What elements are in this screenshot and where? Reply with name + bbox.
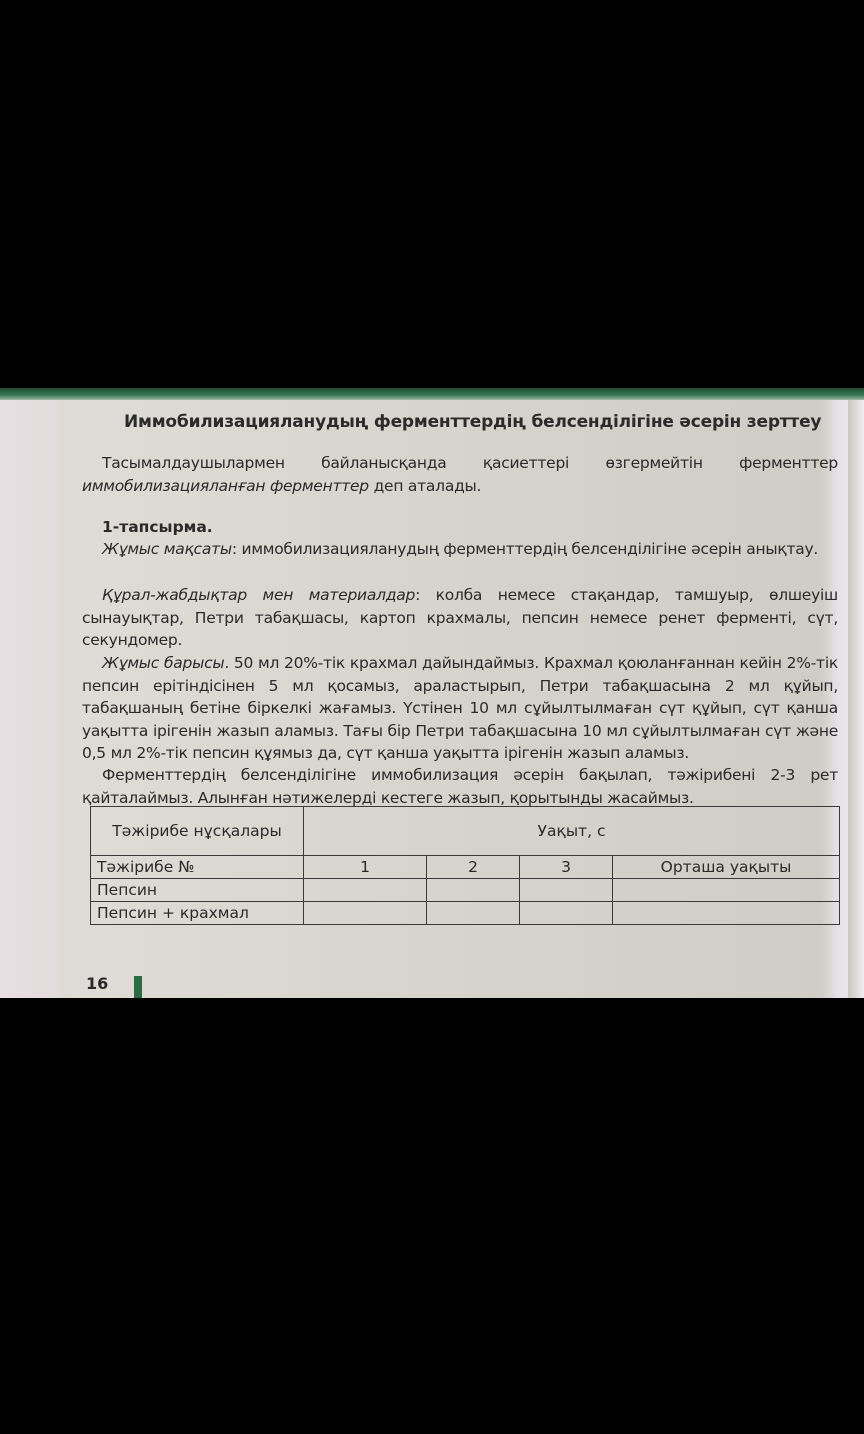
- cell: [520, 879, 613, 902]
- col-3: 3: [520, 856, 613, 879]
- intro-text: Тасымалдаушылармен байланысқанда қасиетт…: [102, 454, 838, 472]
- cell: [304, 879, 427, 902]
- book-page-photo: Иммобилизацияланудың ферменттердің белсе…: [0, 388, 864, 998]
- col-1: 1: [304, 856, 427, 879]
- cell: [427, 902, 520, 925]
- table-row: Пепсин: [91, 879, 840, 902]
- cell: [613, 902, 840, 925]
- row-number-label: Тәжірибе №: [91, 856, 304, 879]
- intro-text-end: деп аталады.: [369, 477, 481, 495]
- conclusion-paragraph: Ферменттердің белсенділігіне иммобилизац…: [82, 764, 838, 809]
- header-time: Уақыт, с: [304, 807, 840, 856]
- procedure-paragraph: Жұмыс барысы. 50 мл 20%-тік крахмал дайы…: [82, 652, 838, 765]
- procedure-label: Жұмыс барысы: [102, 654, 224, 672]
- cell: [613, 879, 840, 902]
- page-edge: [848, 400, 864, 998]
- table-row: Пепсин + крахмал: [91, 902, 840, 925]
- section-title: Иммобилизацияланудың ферменттердің белсе…: [124, 412, 821, 432]
- cell: [427, 879, 520, 902]
- col-average: Орташа уақыты: [613, 856, 840, 879]
- col-2: 2: [427, 856, 520, 879]
- equipment-label: Құрал-жабдықтар мен материалдар: [102, 586, 415, 604]
- conclusion-text: Ферменттердің белсенділігіне иммобилизац…: [82, 766, 838, 807]
- page-marker-bar: [134, 976, 142, 998]
- intro-paragraph: Тасымалдаушылармен байланысқанда қасиетт…: [82, 452, 838, 497]
- equipment-paragraph: Құрал-жабдықтар мен материалдар: колба н…: [82, 584, 838, 652]
- row-label: Пепсин + крахмал: [91, 902, 304, 925]
- left-margin: [0, 400, 60, 998]
- intro-term: иммобилизацияланған ферменттер: [82, 477, 369, 495]
- table-row: Тәжірибе № 1 2 3 Орташа уақыты: [91, 856, 840, 879]
- goal-paragraph: Жұмыс мақсаты: иммобилизацияланудың ферм…: [82, 538, 838, 561]
- goal-label: Жұмыс мақсаты: [102, 540, 232, 558]
- cell: [304, 902, 427, 925]
- table-header-row: Тәжірибе нұсқалары Уақыт, с: [91, 807, 840, 856]
- row-label: Пепсин: [91, 879, 304, 902]
- goal-text: : иммобилизацияланудың ферменттердің бел…: [232, 540, 818, 558]
- top-green-band: [0, 388, 864, 400]
- results-table: Тәжірибе нұсқалары Уақыт, с Тәжірибе № 1…: [90, 806, 840, 925]
- cell: [520, 902, 613, 925]
- page-content: Иммобилизацияланудың ферменттердің белсе…: [60, 400, 850, 998]
- header-variants: Тәжірибе нұсқалары: [91, 807, 304, 856]
- task-label: 1-тапсырма.: [102, 518, 213, 536]
- page-number: 16: [86, 974, 108, 993]
